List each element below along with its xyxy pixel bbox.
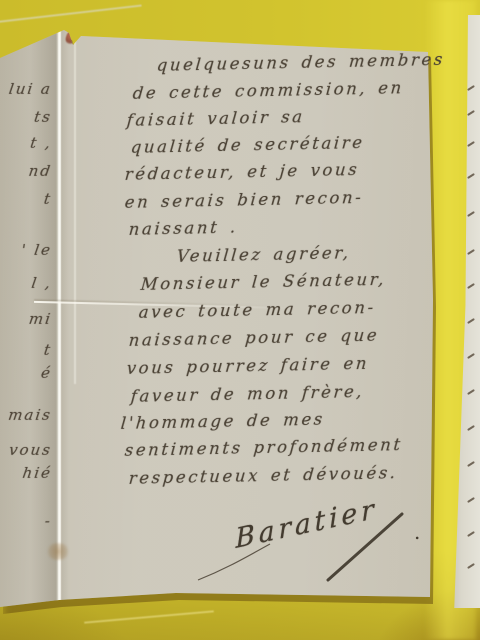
letter-text: quelquesuns des membres de cette commiss… <box>0 0 480 640</box>
handwritten-line: de cette commission, en <box>132 78 405 103</box>
left-page-fragment: é <box>0 364 57 382</box>
left-page-fragment: t , <box>0 134 57 152</box>
handwritten-line: l'hommage de mes <box>120 410 326 433</box>
handwritten-line: sentiments profondément <box>124 435 404 460</box>
left-page-fragment: t <box>0 190 57 208</box>
left-page-fragment: ts <box>0 108 57 126</box>
handwritten-line: Veuillez agréer, <box>176 243 352 266</box>
left-page-fragment: mi <box>0 310 57 328</box>
left-page-fragment: lui a <box>0 80 57 98</box>
handwritten-line: naissance pour ce que <box>128 326 380 350</box>
handwritten-line: faisait valoir sa <box>126 107 306 130</box>
handwritten-line: faveur de mon frère, <box>130 382 365 406</box>
left-page-fragment: t <box>0 341 57 359</box>
left-page-fragment: ' le <box>0 241 57 259</box>
left-page-fragment: l , <box>0 274 57 292</box>
handwritten-line: avec toute ma recon- <box>138 298 377 322</box>
handwritten-line: naissant . <box>128 218 239 239</box>
left-page-fragment: mais <box>0 406 57 424</box>
handwritten-line: Monsieur le Sénateur, <box>140 270 387 294</box>
handwritten-line: qualité de secrétaire <box>130 133 365 157</box>
left-page-fragment: nd <box>0 162 57 180</box>
handwritten-line: quelquesuns des membres <box>156 50 446 75</box>
left-page-fragment: vous <box>0 441 57 459</box>
signature-period: . <box>414 520 420 544</box>
handwritten-line: rédacteur, et je vous <box>124 160 360 184</box>
left-page-fragment: - <box>0 512 57 530</box>
handwritten-line: en serais bien recon- <box>124 188 364 212</box>
handwritten-line: vous pourrez faire en <box>126 354 370 378</box>
left-page-fragment: hié <box>0 464 57 482</box>
photograph-of-handwritten-letter: quelquesuns des membres de cette commiss… <box>0 0 480 640</box>
handwritten-line: respectueux et dévoués. <box>128 463 399 488</box>
